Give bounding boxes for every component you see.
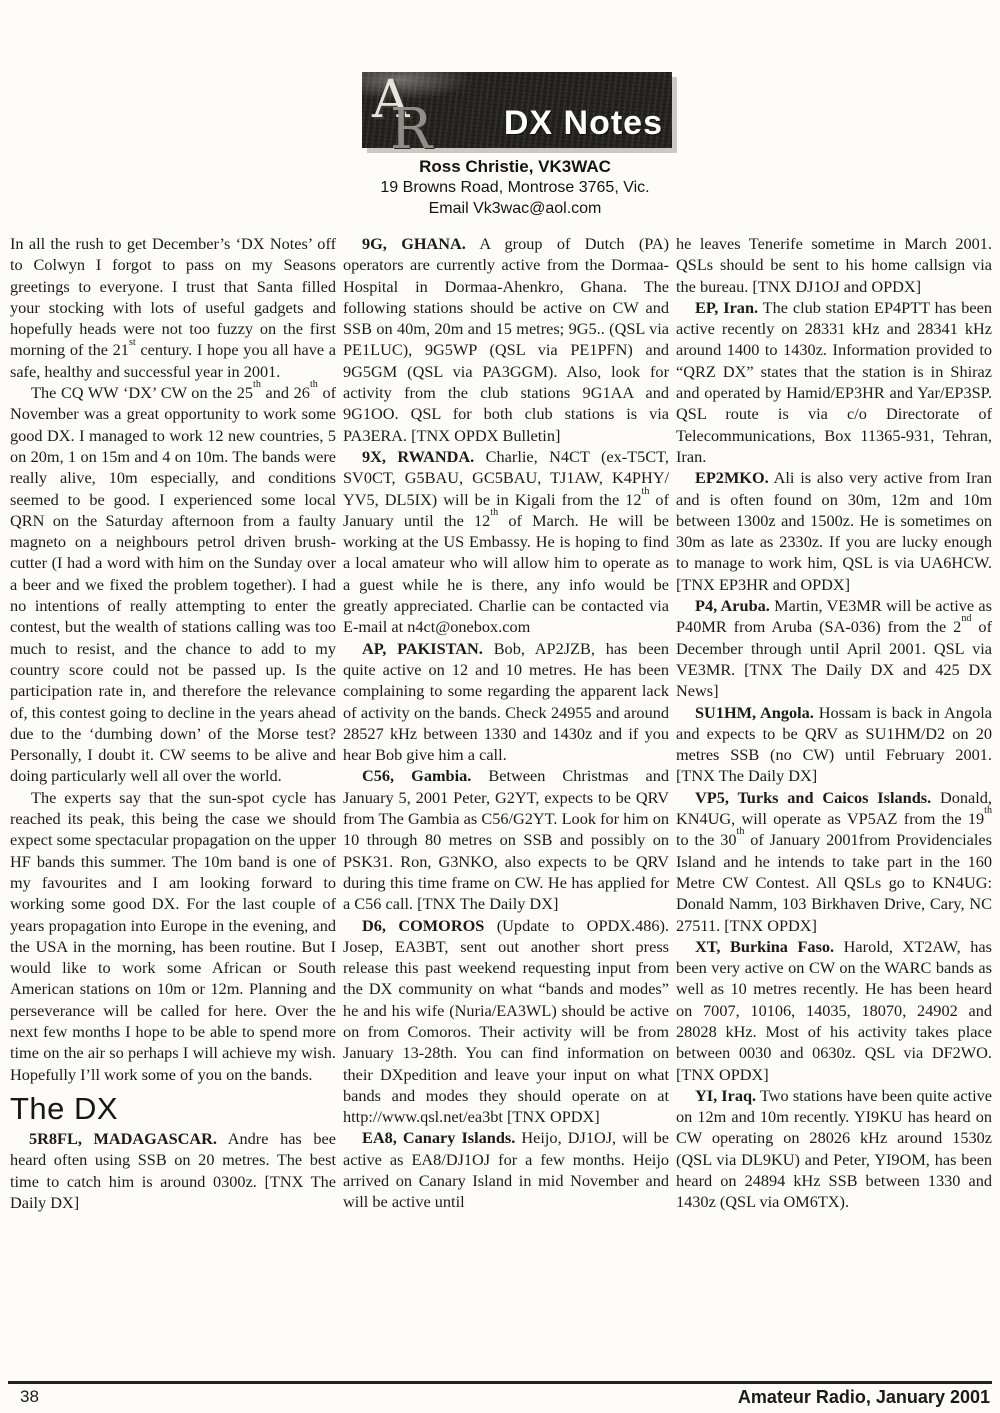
- dx-entry-callsign: 5R8FL, MADAGASCAR.: [29, 1129, 217, 1148]
- column-title: DX Notes: [504, 104, 663, 143]
- dx-entry-ea8-continuation: he leaves Tenerife sometime in March 200…: [676, 233, 992, 297]
- dx-entry-body: Charlie, N4CT (ex-T5CT, SV0CT, G5BAU, GC…: [343, 447, 669, 636]
- dx-entry-callsign: VP5, Turks and Caicos Islands.: [695, 788, 931, 807]
- column-right: he leaves Tenerife sometime in March 200…: [676, 233, 992, 1379]
- dx-entry-ep-iran: EP, Iran. The club station EP4PTT has be…: [676, 297, 992, 467]
- dx-entry-callsign: D6, COMOROS: [362, 916, 484, 935]
- dx-entry-9x-rwanda: 9X, RWANDA. Charlie, N4CT (ex-T5CT, SV0C…: [343, 446, 669, 638]
- dx-entry-callsign: AP, PAKISTAN.: [362, 639, 483, 658]
- dx-entry-c56-gambia: C56, Gambia. Between Christmas and Janua…: [343, 765, 669, 914]
- dx-entry-xt-burkina-faso: XT, Burkina Faso. Harold, XT2AW, has bee…: [676, 936, 992, 1085]
- dx-entry-callsign: 9X, RWANDA.: [362, 447, 474, 466]
- dx-entry-body: Harold, XT2AW, has been very active on C…: [676, 937, 992, 1084]
- intro-paragraph-1: In all the rush to get December’s ‘DX No…: [10, 233, 336, 382]
- dx-entry-d6-comoros: D6, COMOROS (Update to OPDX.486). Josep,…: [343, 915, 669, 1128]
- dx-entry-vp5-turks-caicos: VP5, Turks and Caicos Islands. Donald, K…: [676, 787, 992, 936]
- dx-entry-9g-ghana: 9G, GHANA. A group of Dutch (PA) operato…: [343, 233, 669, 446]
- ar-logo-letter-r: R: [390, 102, 432, 158]
- dx-entry-su1hm-angola: SU1HM, Angola. Hossam is back in Angola …: [676, 702, 992, 787]
- dx-entry-body: (Update to OPDX.486). Josep, EA3BT, sent…: [343, 916, 669, 1127]
- dx-entry-5r8fl-madagascar: 5R8FL, MADAGASCAR. Andre has bee heard o…: [10, 1128, 336, 1213]
- page-footer: 38 Amateur Radio, January 2001: [8, 1381, 992, 1408]
- author-address: 19 Browns Road, Montrose 3765, Vic.: [330, 177, 700, 198]
- dx-entry-yi-iraq: YI, Iraq. Two stations have been quite a…: [676, 1085, 992, 1213]
- dx-entry-body: The club station EP4PTT has been active …: [676, 298, 992, 466]
- dx-entry-ep2mko: EP2MKO. Ali is also very active from Ira…: [676, 467, 992, 595]
- dx-entry-ap-pakistan: AP, PAKISTAN. Bob, AP2JZB, has been quit…: [343, 638, 669, 766]
- dx-entry-callsign: XT, Burkina Faso.: [695, 937, 834, 956]
- dx-entry-body: A group of Dutch (PA) operators are curr…: [343, 234, 669, 445]
- dx-entry-callsign: C56, Gambia.: [362, 766, 471, 785]
- section-heading-the-dx: The DX: [10, 1098, 336, 1119]
- dx-entry-ea8-canary-islands: EA8, Canary Islands. Heijo, DJ1OJ, will …: [343, 1127, 669, 1212]
- intro-paragraph-2: The CQ WW ‘DX’ CW on the 25th and 26th o…: [10, 382, 336, 787]
- intro-paragraph-3: The experts say that the sun-spot cycle …: [10, 787, 336, 1085]
- dx-entry-callsign: P4, Aruba.: [695, 596, 770, 615]
- column-middle: 9G, GHANA. A group of Dutch (PA) operato…: [343, 233, 669, 1379]
- dx-notes-banner: A R DX Notes: [362, 72, 672, 148]
- dx-entry-callsign: EP, Iran.: [695, 298, 758, 317]
- dx-entry-p4-aruba: P4, Aruba. Martin, VE3MR will be active …: [676, 595, 992, 701]
- author-email: Email Vk3wac@aol.com: [330, 198, 700, 219]
- dx-entry-callsign: YI, Iraq.: [695, 1086, 756, 1105]
- author-block: Ross Christie, VK3WAC 19 Browns Road, Mo…: [330, 156, 700, 219]
- dx-entry-body: Donald, KN4UG, will operate as VP5AZ fro…: [676, 788, 992, 935]
- dx-entry-callsign: EP2MKO.: [695, 468, 769, 487]
- page-number: 38: [8, 1387, 39, 1407]
- dx-entry-callsign: 9G, GHANA.: [362, 234, 466, 253]
- dx-entry-body: Between Christmas and January 5, 2001 Pe…: [343, 766, 669, 913]
- author-name: Ross Christie, VK3WAC: [330, 156, 700, 177]
- dx-entry-callsign: SU1HM, Angola.: [695, 703, 814, 722]
- column-left: In all the rush to get December’s ‘DX No…: [10, 233, 336, 1379]
- dx-entry-callsign: EA8, Canary Islands.: [362, 1128, 515, 1147]
- magazine-title: Amateur Radio, January 2001: [738, 1387, 992, 1408]
- magazine-page: A R DX Notes Ross Christie, VK3WAC 19 Br…: [0, 0, 1000, 1413]
